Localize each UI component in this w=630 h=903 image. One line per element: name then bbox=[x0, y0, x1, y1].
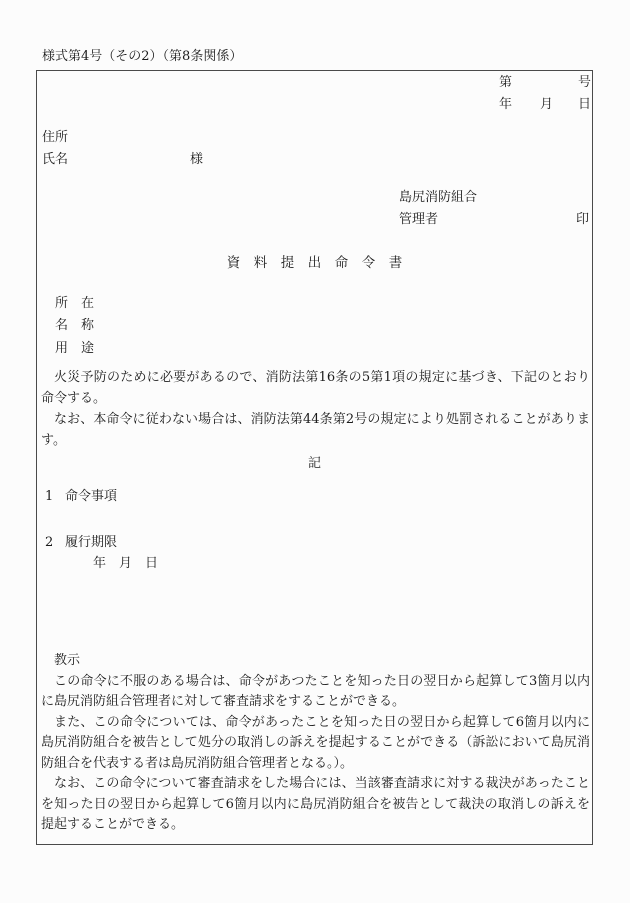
order-item-1-number: 1 bbox=[45, 488, 53, 505]
form-border-box: 第 号 年 月 日 住所 氏名 様 島尻消防組合 管理者 印 資 料 提 出 命… bbox=[36, 70, 593, 845]
appeal-paragraph-3: なお、この命令について審査請求をした場合には、当該審査請求に対する裁決があったこ… bbox=[41, 774, 590, 836]
date-year-label: 年 bbox=[499, 96, 512, 113]
document-page: 様式第4号（その2）（第8条関係） 第 号 年 月 日 住所 氏名 様 島尻消防… bbox=[0, 0, 630, 903]
form-type-label: 様式第4号（その2）（第8条関係） bbox=[42, 45, 242, 64]
notice-marker: 記 bbox=[37, 452, 592, 471]
order-item-2-number: 2 bbox=[45, 534, 53, 551]
date-day-label: 日 bbox=[578, 96, 591, 113]
property-use-label: 用 途 bbox=[55, 340, 94, 357]
deadline-date-field: 年 月 日 bbox=[93, 555, 158, 572]
seal-placeholder: 印 bbox=[576, 211, 589, 228]
order-body-text: 火災予防のために必要があるので、消防法第16条の5第1項の規定に基づき、下記のと… bbox=[41, 367, 590, 451]
appeal-paragraph-1: この命令に不服のある場合は、命令があつたことを知った日の翌日から起算して3箇月以… bbox=[41, 672, 590, 713]
issuer-organization: 島尻消防組合 bbox=[399, 189, 477, 206]
body-paragraph-1: 火災予防のために必要があるので、消防法第16条の5第1項の規定に基づき、下記のと… bbox=[41, 367, 590, 409]
appeal-instructions-heading: 教示 bbox=[41, 651, 590, 672]
body-paragraph-2: なお、本命令に従わない場合は、消防法第44条第2号の規定により処罰されることがあ… bbox=[41, 409, 590, 451]
document-title: 資 料 提 出 命 令 書 bbox=[37, 251, 592, 271]
recipient-address-label: 住所 bbox=[42, 129, 68, 146]
order-item-2-label: 履行期限 bbox=[65, 534, 117, 551]
recipient-honorific: 様 bbox=[190, 151, 203, 168]
recipient-name-label: 氏名 bbox=[42, 151, 68, 168]
order-item-1-label: 命令事項 bbox=[65, 488, 117, 505]
property-name-label: 名 称 bbox=[55, 317, 94, 334]
issuer-title: 管理者 bbox=[399, 211, 438, 228]
date-month-label: 月 bbox=[540, 96, 553, 113]
doc-number-suffix: 号 bbox=[578, 74, 591, 91]
doc-number-prefix: 第 bbox=[499, 74, 512, 91]
appeal-paragraph-2: また、この命令については、命令があったことを知った日の翌日から起算して6箇月以内… bbox=[41, 713, 590, 775]
property-location-label: 所 在 bbox=[55, 295, 94, 312]
appeal-instructions: 教示 この命令に不服のある場合は、命令があつたことを知った日の翌日から起算して3… bbox=[41, 651, 590, 836]
